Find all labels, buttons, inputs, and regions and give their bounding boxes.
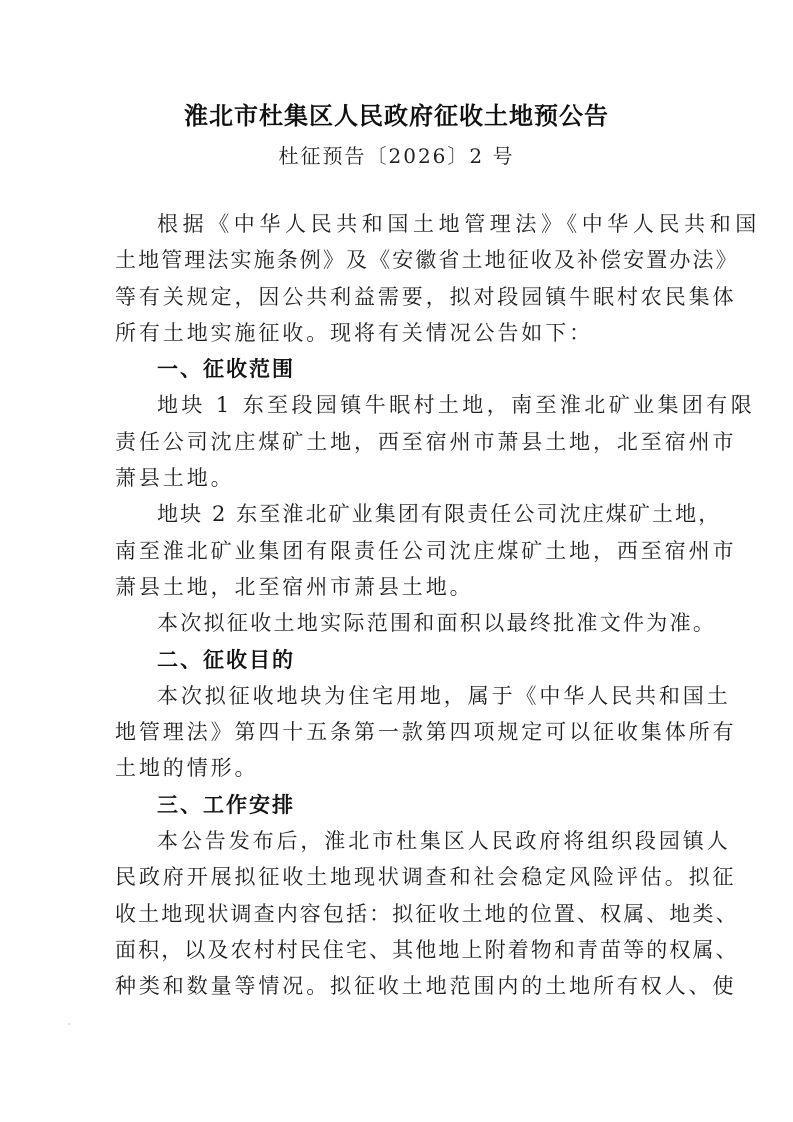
arrangement-paragraph: 本公告发布后，淮北市杜集区人民政府将组织段园镇人 民政府开展拟征收土地现状调查和… (115, 823, 671, 1004)
text-line: 民政府开展拟征收土地现状调查和社会稳定风险评估。拟征 (115, 859, 671, 895)
text-line: 种类和数量等情况。拟征收土地范围内的土地所有权人、使 (115, 968, 671, 1004)
document-body: 根据《中华人民共和国土地管理法》《中华人民共和国 土地管理法实施条例》及《安徽省… (115, 206, 671, 1005)
text-line: 南至淮北矿业集团有限责任公司沈庄煤矿土地，西至宿州市 (115, 533, 671, 569)
text-line: 地管理法》第四十五条第一款第四项规定可以征收集体所有 (115, 714, 671, 750)
text-line: 责任公司沈庄煤矿土地，西至宿州市萧县土地，北至宿州市 (115, 424, 671, 460)
text-line: 萧县土地。 (115, 460, 671, 496)
text-line: 土地管理法实施条例》及《安徽省土地征收及补偿安置办法》 (115, 242, 671, 278)
text-line: 萧县土地，北至宿州市萧县土地。 (115, 569, 671, 605)
text-line: 地块 2 东至淮北矿业集团有限责任公司沈庄煤矿土地， (115, 496, 671, 532)
intro-paragraph: 根据《中华人民共和国土地管理法》《中华人民共和国 土地管理法实施条例》及《安徽省… (115, 206, 671, 351)
text-line: 面积，以及农村村民住宅、其他地上附着物和青苗等的权属、 (115, 932, 671, 968)
text-line: 等有关规定，因公共利益需要，拟对段园镇牛眠村农民集体 (115, 279, 671, 315)
text-line: 本公告发布后，淮北市杜集区人民政府将组织段园镇人 (115, 823, 671, 859)
text-line: 本次拟征收地块为住宅用地，属于《中华人民共和国土 (115, 678, 671, 714)
section-heading-purpose: 二、征收目的 (115, 642, 671, 678)
text-line: 所有土地实施征收。现将有关情况公告如下： (115, 315, 671, 351)
text-line: 收土地现状调查内容包括：拟征收土地的位置、权属、地类、 (115, 896, 671, 932)
text-line: 土地的情形。 (115, 750, 671, 786)
purpose-paragraph: 本次拟征收地块为住宅用地，属于《中华人民共和国土 地管理法》第四十五条第一款第四… (115, 678, 671, 787)
text-line: 本次拟征收土地实际范围和面积以最终批准文件为准。 (115, 605, 671, 641)
plot-1-paragraph: 地块 1 东至段园镇牛眠村土地，南至淮北矿业集团有限 责任公司沈庄煤矿土地，西至… (115, 387, 671, 496)
final-scope-paragraph: 本次拟征收土地实际范围和面积以最终批准文件为准。 (115, 605, 671, 641)
text-line: 地块 1 东至段园镇牛眠村土地，南至淮北矿业集团有限 (115, 387, 671, 423)
section-heading-scope: 一、征收范围 (115, 351, 671, 387)
document-page: 淮北市杜集区人民政府征收土地预公告 杜征预告〔2026〕2 号 根据《中华人民共… (0, 0, 793, 1122)
text-line: 根据《中华人民共和国土地管理法》《中华人民共和国 (115, 206, 671, 242)
scan-speck (68, 1023, 70, 1025)
document-number: 杜征预告〔2026〕2 号 (0, 141, 793, 171)
plot-2-paragraph: 地块 2 东至淮北矿业集团有限责任公司沈庄煤矿土地， 南至淮北矿业集团有限责任公… (115, 496, 671, 605)
section-heading-arrangement: 三、工作安排 (115, 787, 671, 823)
document-title: 淮北市杜集区人民政府征收土地预公告 (0, 100, 793, 132)
